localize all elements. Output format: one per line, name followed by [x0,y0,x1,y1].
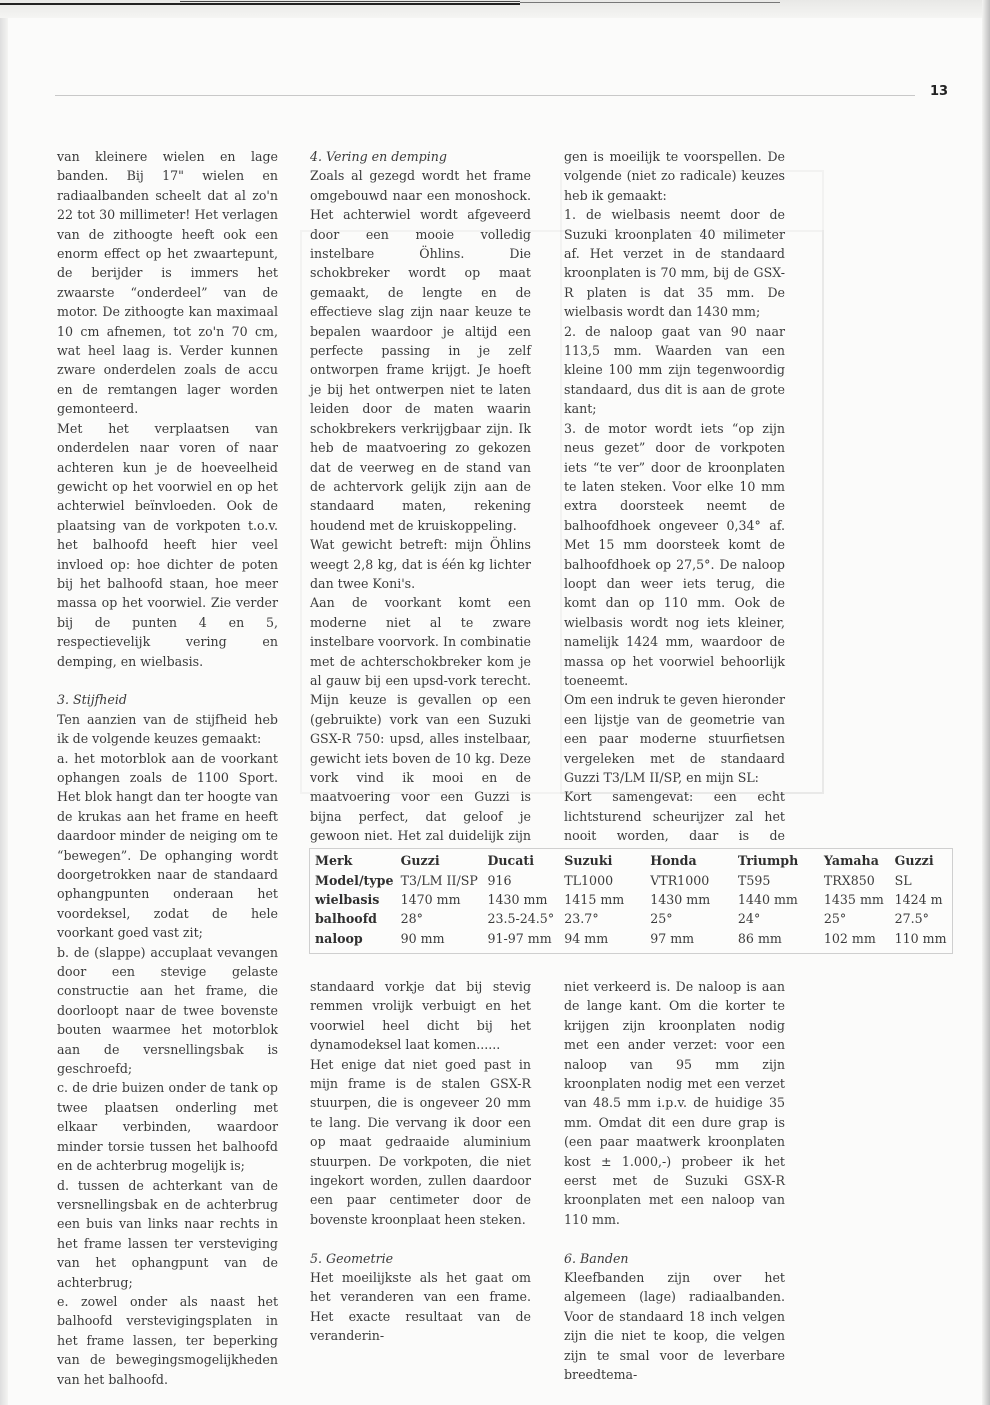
paragraph: gen is moeilijk te voorspellen. De volge… [564,147,785,205]
scan-artifact [180,1,520,2]
table-row: Merk Guzzi Ducati Suzuki Honda Triumph Y… [315,851,952,870]
table-cell: 28° [397,909,488,928]
table-cell: 94 mm [564,929,650,948]
geometry-comparison-table: Merk Guzzi Ducati Suzuki Honda Triumph Y… [309,848,953,954]
table-cell: 110 mm [895,929,952,948]
list-item: a. het motorblok aan de voorkant ophange… [57,749,278,943]
text-column-5: niet verkeerd is. De naloop is aan de la… [564,977,785,1385]
table-cell: 25° [650,909,738,928]
table-cell: TRX850 [824,870,895,889]
table-cell: 102 mm [824,929,895,948]
table-cell: T3/LM II/SP [397,870,488,889]
paragraph: Ten aanzien van de stijfheid heb ik de v… [57,710,278,749]
table-cell: 91-97 mm [487,929,564,948]
paragraph: Zoals al gezegd wordt het frame omgebouw… [310,166,531,535]
list-item: c. de drie buizen onder de tank op twee … [57,1078,278,1175]
row-label: balhoofd [315,909,397,928]
table-cell: 97 mm [650,929,738,948]
list-item: b. de (slappe) accuplaat vevangen door e… [57,943,278,1079]
table-cell: 1470 mm [397,890,488,909]
table-cell: 1430 mm [487,890,564,909]
list-item: 3. de motor wordt iets “op zijn neus gez… [564,419,785,691]
table-cell: SL [895,870,952,889]
list-item: 2. de naloop gaat van 90 naar 113,5 mm. … [564,322,785,419]
header-rule [55,95,915,96]
table-cell: Suzuki [564,851,650,870]
table-cell: T595 [738,870,824,889]
paragraph: Om een indruk te geven hieronder een lij… [564,690,785,787]
table-cell: Ducati [487,851,564,870]
paragraph: Kleefbanden zijn over het algemeen (lage… [564,1268,785,1384]
table-cell: 24° [738,909,824,928]
table-cell: TL1000 [564,870,650,889]
paragraph: Het enige dat niet goed past in mijn fra… [310,1055,531,1230]
section-heading-banden: 6. Banden [564,1249,785,1268]
scan-edge-left [0,18,8,1405]
table-row: balhoofd 28° 23.5-24.5° 23.7° 25° 24° 25… [315,909,952,928]
table-cell: 1435 mm [824,890,895,909]
page-number: 13 [930,84,948,99]
row-label: naloop [315,929,397,948]
scan-edge-top [0,0,990,18]
list-item: 1. de wielbasis neemt door de Suzuki kro… [564,205,785,321]
list-item: e. zowel onder als naast het balhoofd ve… [57,1292,278,1389]
table-cell: 1424 m [895,890,952,909]
section-heading-vering-en-demping: 4. Vering en demping [310,147,531,166]
table-cell: 1415 mm [564,890,650,909]
table-cell: 23.5-24.5° [487,909,564,928]
list-item: d. tussen de achterkant van de versnelli… [57,1176,278,1292]
table-cell: 1440 mm [738,890,824,909]
table-cell: Guzzi [895,851,952,870]
row-label: Merk [315,851,397,870]
table-cell: 86 mm [738,929,824,948]
text-column-3: gen is moeilijk te voorspellen. De volge… [564,147,785,884]
paragraph: Met het verplaatsen van onderdelen naar … [57,419,278,671]
table-cell: 1430 mm [650,890,738,909]
table-cell: Honda [650,851,738,870]
table-row: naloop 90 mm 91-97 mm 94 mm 97 mm 86 mm … [315,929,952,948]
table-cell: Guzzi [397,851,488,870]
table-cell: Triumph [738,851,824,870]
paragraph: standaard vorkje dat bij stevig remmen v… [310,977,531,1055]
table-cell: 25° [824,909,895,928]
table-row: wielbasis 1470 mm 1430 mm 1415 mm 1430 m… [315,890,952,909]
row-label: Model/type [315,870,397,889]
row-label: wielbasis [315,890,397,909]
table-cell: 90 mm [397,929,488,948]
text-column-4: standaard vorkje dat bij stevig remmen v… [310,977,531,1346]
table-cell: Yamaha [824,851,895,870]
text-column-2: 4. Vering en demping Zoals al gezegd wor… [310,147,531,904]
scan-edge-right [982,0,990,1405]
section-heading-geometrie: 5. Geometrie [310,1249,531,1268]
paragraph: Wat gewicht betreft: mijn Öhlins weegt 2… [310,535,531,593]
table-cell: VTR1000 [650,870,738,889]
scan-artifact [520,2,780,3]
table-cell: 916 [487,870,564,889]
table-row: Model/type T3/LM II/SP 916 TL1000 VTR100… [315,870,952,889]
paragraph: van kleinere wielen en lage banden. Bij … [57,147,278,419]
table-cell: 27.5° [895,909,952,928]
section-heading-stijfheid: 3. Stijfheid [57,690,278,709]
paragraph: Het moeilijkste als het gaat om het vera… [310,1268,531,1346]
paragraph: niet verkeerd is. De naloop is aan de la… [564,977,785,1229]
table-cell: 23.7° [564,909,650,928]
scan-artifact [0,3,520,5]
text-column-1: van kleinere wielen en lage banden. Bij … [57,147,278,1389]
